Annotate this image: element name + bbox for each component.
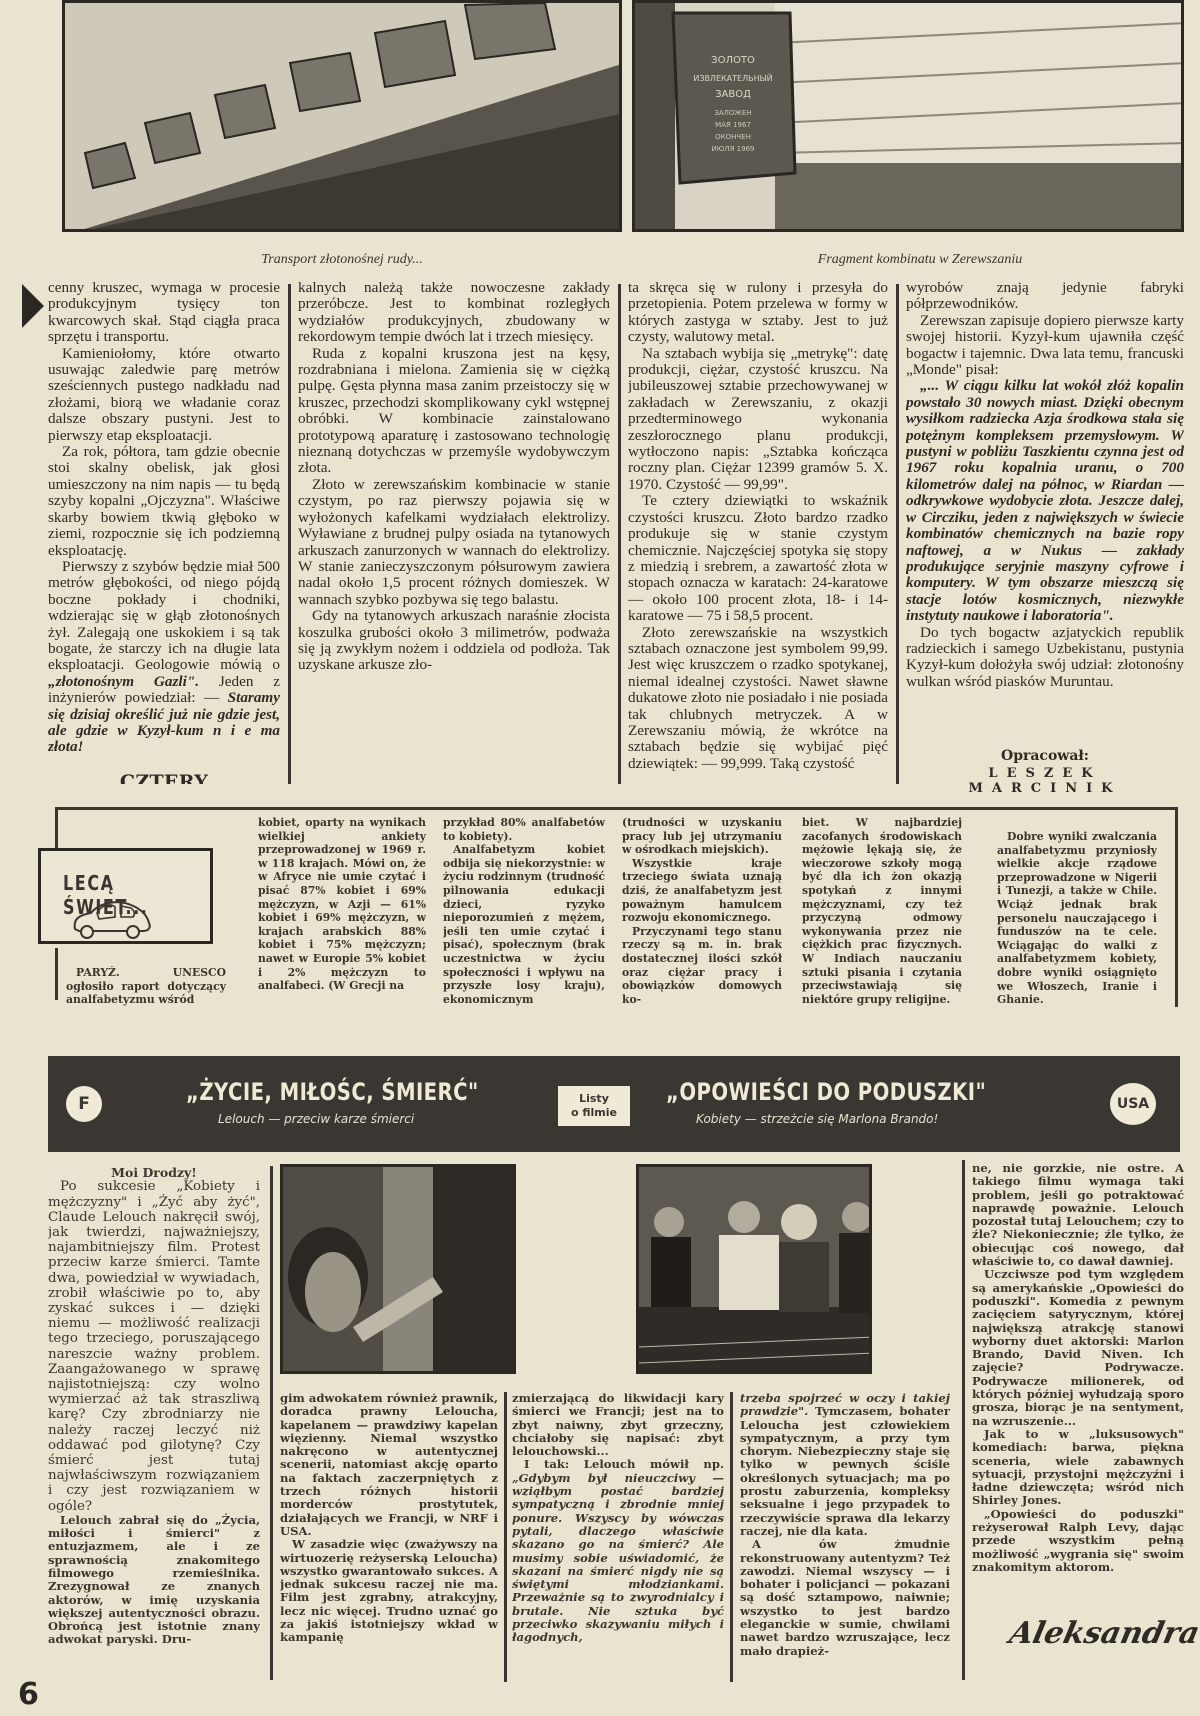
column-rule	[288, 284, 291, 784]
box-left-border	[55, 807, 58, 852]
listy-o-filmie-box: Listy o filmie	[558, 1086, 630, 1126]
signature: Aleksandra	[1006, 1616, 1200, 1651]
film-subtitle-left: Lelouch — przeciw karze śmierci	[218, 1112, 414, 1126]
column-rule	[730, 1392, 733, 1682]
paragraph: „Opowieści do poduszki" reżyserował Ralp…	[972, 1508, 1184, 1574]
paragraph: Uczciwsze pod tym względem są amerykańsk…	[972, 1268, 1184, 1428]
paragraph: (trudności w uzyskaniu pracy lub jej utr…	[622, 816, 782, 857]
byline-label: Opracował:	[906, 748, 1184, 764]
photo-ore-transport	[62, 0, 622, 232]
paragraph: kobiet, oparty na wynikach wielkiej anki…	[258, 816, 426, 993]
gold-article-column-4: wyrobów znają jedynie fabryki półprzewod…	[906, 280, 1184, 720]
paragraph: Przyczynami tego stanu rzeczy są m. in. …	[622, 925, 782, 1006]
author-name: LESZEK MARCINIK	[906, 766, 1184, 796]
listy-label: Listy	[558, 1092, 630, 1106]
film-title-right: „OPOWIEŚCI DO PODUSZKI"	[666, 1078, 986, 1106]
gold-article-column-1: cenny kruszec, wymaga w procesie produkc…	[48, 280, 280, 784]
badge-usa: USA	[1110, 1083, 1156, 1125]
paragraph: Za rok, półtora, tam gdzie obecnie stoi …	[48, 444, 280, 559]
paragraph: I tak: Lelouch mówił np. „Gdybym był nie…	[512, 1458, 724, 1644]
paragraph: Zerewszan zapisuje dopiero pierwsze kart…	[906, 313, 1184, 379]
film-letter-column-4: trzeba spojrzeć w oczy i takiej prawdzie…	[740, 1392, 950, 1682]
photo-caption-ore-transport: Transport złotonośnej rudy...	[62, 252, 622, 268]
paragraph: wyrobów znają jedynie fabryki półprzewod…	[906, 280, 1184, 313]
badge-france: F	[66, 1086, 102, 1122]
paragraph: przykład 80% analfabetów to kobiety).	[443, 816, 605, 843]
ore-trucks-illustration	[65, 3, 622, 232]
paragraph: cenny kruszec, wymaga w procesie produkc…	[48, 280, 280, 346]
paragraph: Pierwszy z szybów będzie miał 500 metrów…	[48, 559, 280, 756]
column-rule	[618, 284, 621, 784]
paragraph: kalnych należą także nowoczesne zakłady …	[298, 280, 610, 346]
svg-text:ЗАЛОЖЕН: ЗАЛОЖЕН	[714, 109, 751, 117]
paragraph: A ów żmudnie rekonstruowany autentyzm? T…	[740, 1538, 950, 1658]
svg-text:ИЮЛЯ 1969: ИЮЛЯ 1969	[712, 145, 755, 153]
paragraph: trzeba spojrzeć w oczy i takiej prawdzie…	[740, 1392, 950, 1538]
paragraph: Jak to w „luksusowych" komediach: barwa,…	[972, 1428, 1184, 1508]
film-banner: F „ŻYCIE, MIŁOŚC, ŚMIERĆ" Lelouch — prze…	[48, 1056, 1180, 1152]
paragraph: ta skręca się w rulony i przesyła do prz…	[628, 280, 888, 346]
o-filmie-label: o filmie	[558, 1106, 630, 1120]
paragraph: Do tych bogactw azjatyckich republik rad…	[906, 625, 1184, 691]
photo-caption-plant: Fragment kombinatu w Zerewszaniu	[720, 252, 1120, 268]
svg-text:МАЯ 1967: МАЯ 1967	[715, 121, 751, 129]
photo-plant-fragment: ЗОЛОТО ИЗВЛЕКАТЕЛЬНЫЙ ЗАВОД ЗАЛОЖЕН МАЯ …	[632, 0, 1184, 232]
paragraph: zmierzającą do likwidacji kary śmierci w…	[512, 1392, 724, 1458]
casino-scene-illustration	[639, 1167, 872, 1374]
paragraph: ne, nie gorzkie, nie ostre. A takiego fi…	[972, 1162, 1184, 1268]
film-still-illustration	[283, 1167, 516, 1374]
car-icon	[69, 895, 159, 940]
literacy-column-6: Dobre wyniki zwalczania analfabetyzmu pr…	[997, 830, 1157, 1010]
svg-text:ЗОЛОТО: ЗОЛОТО	[711, 55, 755, 66]
paragraph: gim adwokatem również prawnik, doradca p…	[280, 1392, 498, 1538]
paragraph: Te cztery dziewiątki to wskaźnik czystoś…	[628, 493, 888, 624]
paragraph: Po sukcesie „Kobiety i mężczyzny" i „Żyć…	[48, 1179, 260, 1513]
paragraph: Ruda z kopalni kruszona jest na kęsy, ro…	[298, 346, 610, 477]
gold-article-column-2: kalnych należą także nowoczesne zakłady …	[298, 280, 610, 784]
column-rule	[896, 284, 899, 784]
film-letter-column-3: zmierzającą do likwidacji kary śmierci w…	[512, 1392, 724, 1682]
lecaswiet-logo-box: LECĄ ŚWIET...	[38, 848, 213, 944]
continuation-arrow-icon	[22, 284, 44, 328]
paragraph: biet. W najbardziej zacofanych środowisk…	[802, 816, 962, 1006]
literacy-column-1: PARYŻ. UNESCO ogłosiło raport dotyczący …	[66, 966, 226, 1006]
photo-lelouch-film-still	[280, 1164, 516, 1374]
film-title-left: „ŻYCIE, MIŁOŚC, ŚMIERĆ"	[186, 1078, 479, 1106]
paragraph: Analfabetyzm kobiet odbija się niekorzys…	[443, 843, 605, 1006]
paragraph: Kamieniołomy, które otwarto usuwając zal…	[48, 346, 280, 444]
paragraph: W zasadzie więc (zważywszy na wirtuozeri…	[280, 1538, 498, 1644]
paragraph: Na sztabach wybija się „metrykę": datę p…	[628, 346, 888, 494]
paragraph: Złoto zerewszańskie na wszystkich sztaba…	[628, 625, 888, 773]
literacy-column-3: przykład 80% analfabetów to kobiety). An…	[443, 816, 605, 1006]
photo-pillow-stories-still	[636, 1164, 872, 1374]
svg-text:ИЗВЛЕКАТЕЛЬНЫЙ: ИЗВЛЕКАТЕЛЬНЫЙ	[693, 72, 772, 83]
literacy-column-5: biet. W najbardziej zacofanych środowisk…	[802, 816, 962, 1006]
column-rule	[504, 1392, 507, 1682]
literacy-column-2: kobiet, oparty na wynikach wielkiej anki…	[258, 816, 426, 1006]
film-letter-column-5: ne, nie gorzkie, nie ostre. A takiego fi…	[972, 1162, 1184, 1582]
film-letter-column-2: gim adwokatem również prawnik, doradca p…	[280, 1392, 498, 1682]
film-letter-column-1: Moi Drodzy! Po sukcesie „Kobiety i mężcz…	[48, 1166, 260, 1686]
paragraph: PARYŻ. UNESCO ogłosiło raport dotyczący …	[66, 966, 226, 1006]
literacy-column-4: (trudności w uzyskaniu pracy lub jej utr…	[622, 816, 782, 1006]
paragraph: Dobre wyniki zwalczania analfabetyzmu pr…	[997, 830, 1157, 1007]
gold-article-column-3: ta skręca się w rulony i przesyła do prz…	[628, 280, 888, 784]
subheading-cztery-dziewiatki: CZTERY DZIEWIĄTKI	[48, 774, 280, 784]
column-rule	[962, 1160, 965, 1680]
page-number: 6	[18, 1680, 39, 1710]
salutation: Moi Drodzy!	[48, 1166, 260, 1179]
column-rule	[270, 1166, 273, 1680]
svg-text:ОКОНЧЕН: ОКОНЧЕН	[715, 133, 751, 141]
film-subtitle-right: Kobiety — strzeżcie się Marlona Brando!	[696, 1112, 938, 1126]
box-left-border	[55, 948, 58, 1000]
paragraph: Gdy na tytanowych arkuszach naraśnie zło…	[298, 608, 610, 674]
paragraph: Wszystkie kraje trzeciego świata uznają …	[622, 857, 782, 925]
svg-text:ЗАВОД: ЗАВОД	[715, 89, 751, 100]
quote-paragraph: „... W ciągu kilku lat wokół złóż kopali…	[906, 378, 1184, 624]
paragraph: Lelouch zabrał się do „Życia, miłości i …	[48, 1514, 260, 1647]
box-right-border	[1175, 807, 1178, 1007]
plant-illustration: ЗОЛОТО ИЗВЛЕКАТЕЛЬНЫЙ ЗАВОД ЗАЛОЖЕН МАЯ …	[635, 3, 1184, 232]
paragraph: Złoto w zerewszańskim kombinacie w stani…	[298, 477, 610, 608]
box-top-border	[55, 807, 1175, 810]
